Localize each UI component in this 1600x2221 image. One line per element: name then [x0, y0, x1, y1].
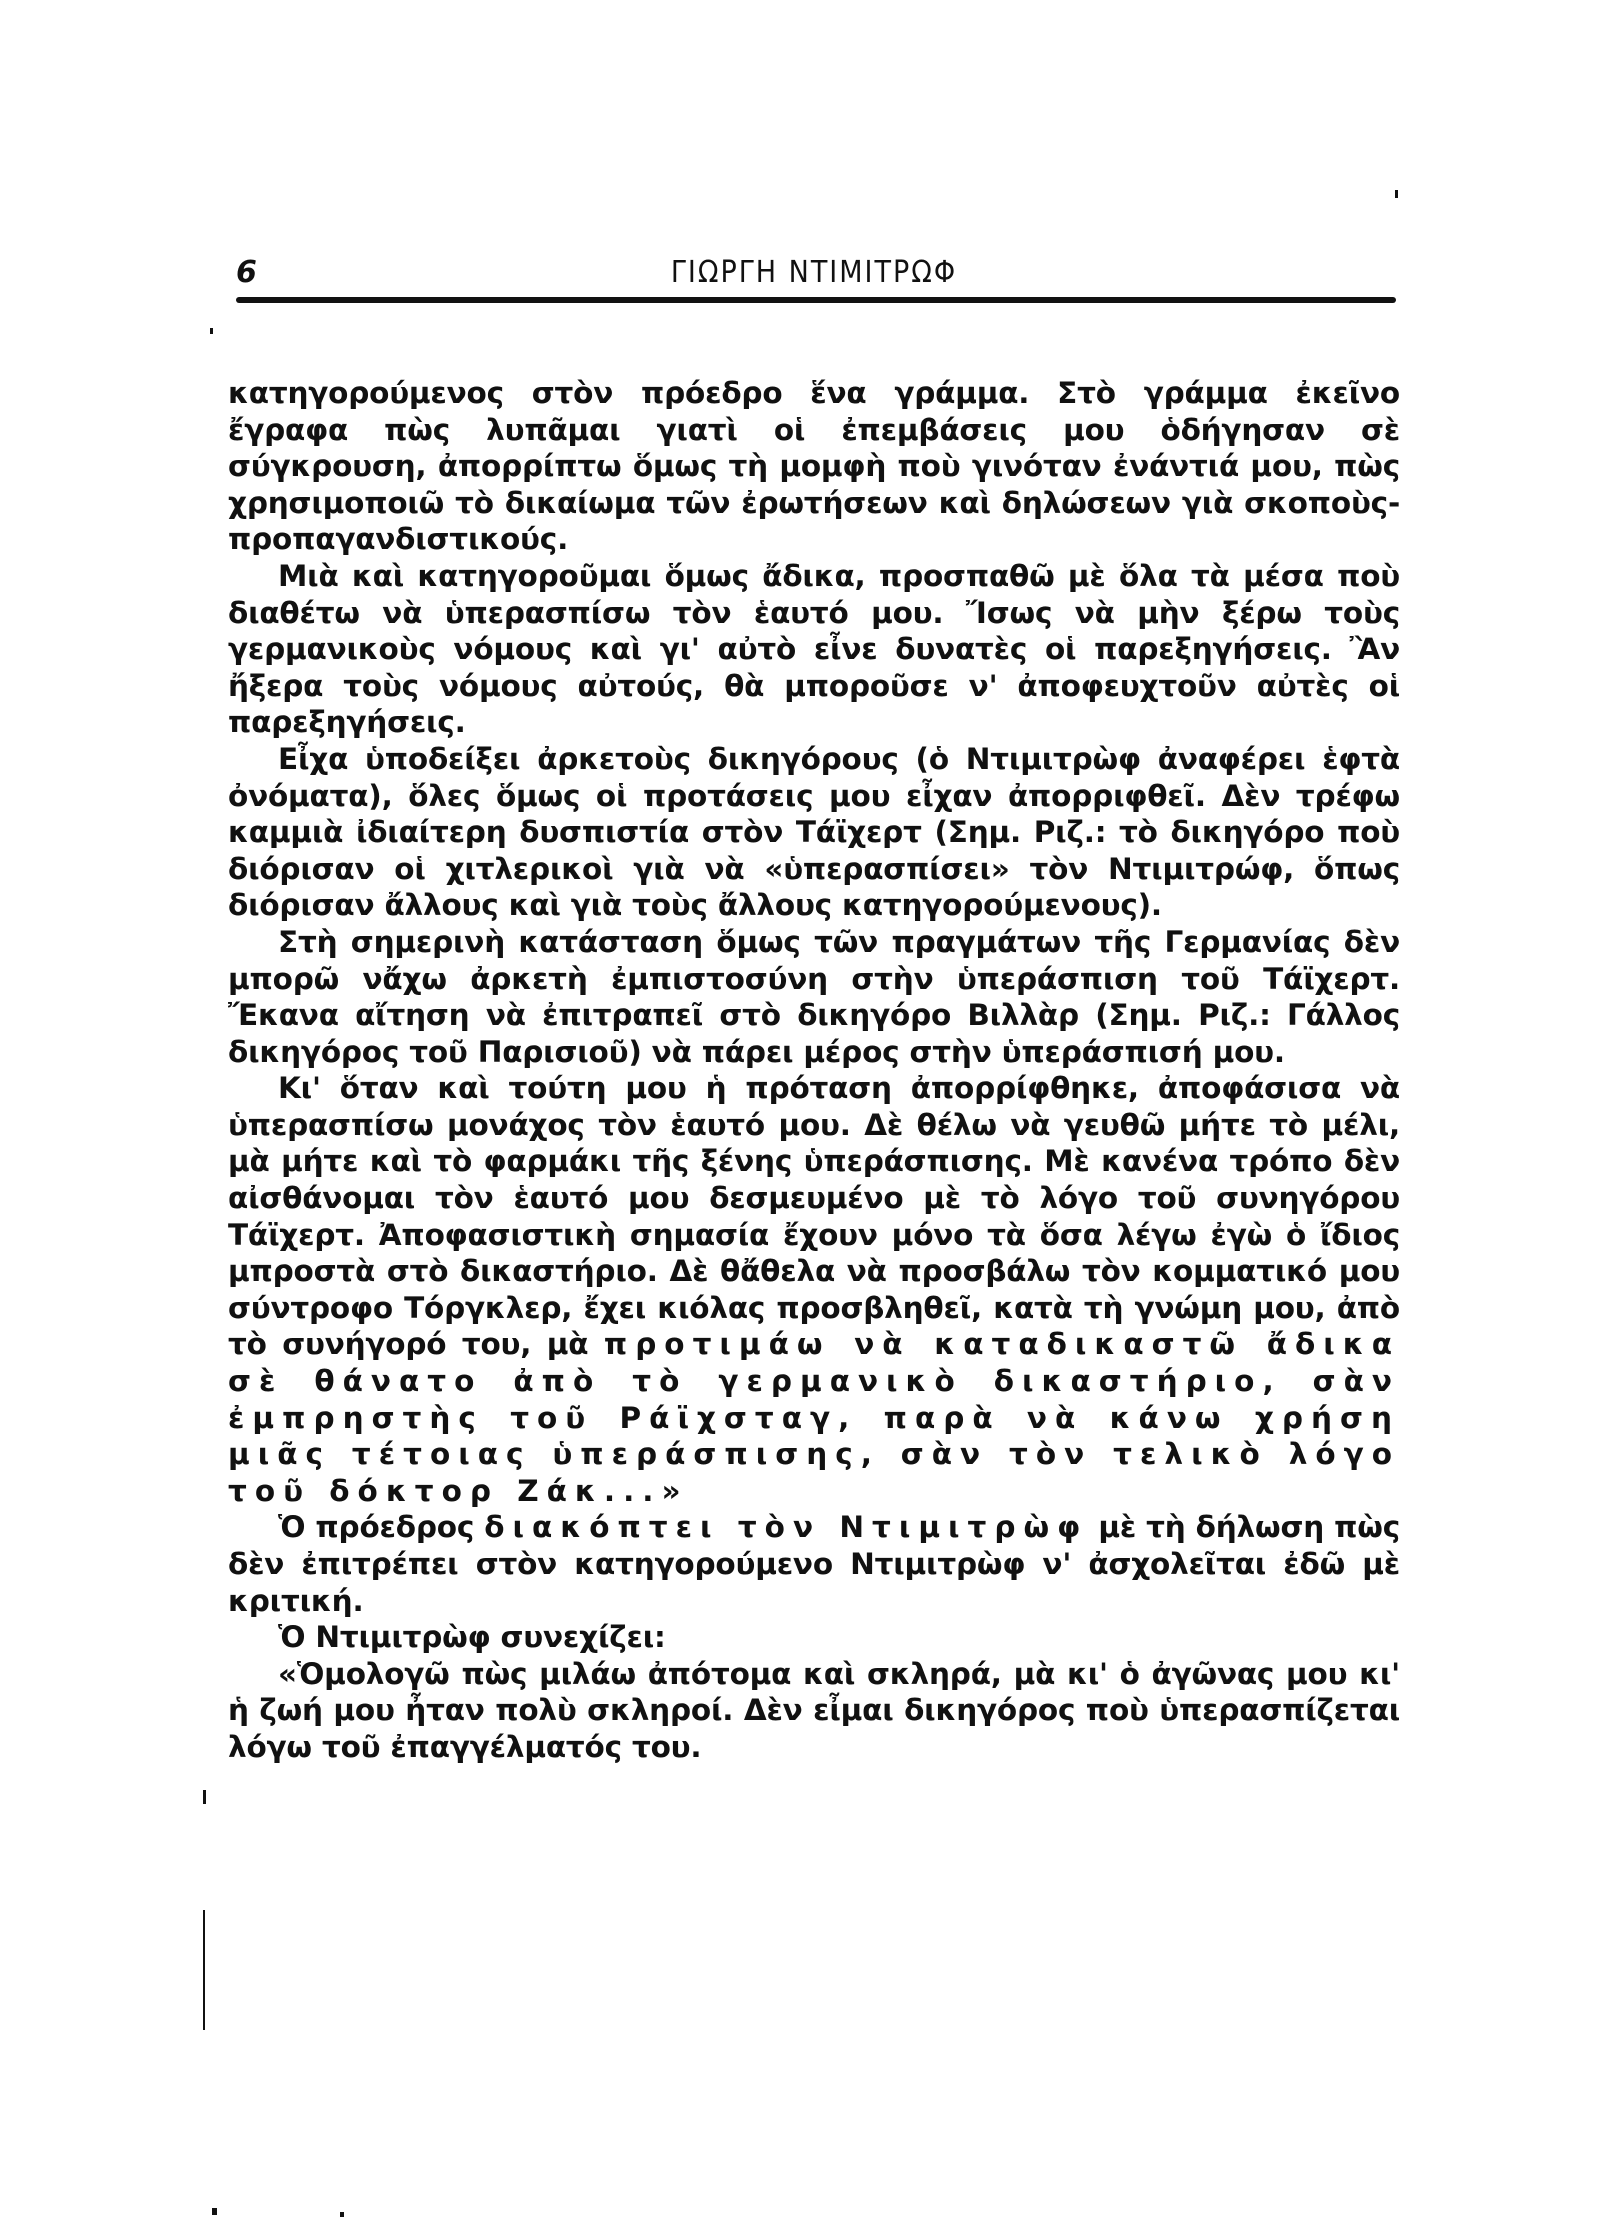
paragraph-text: Ὁ πρόεδρος — [278, 1510, 474, 1544]
scan-speck — [210, 328, 213, 334]
scan-speck — [203, 1910, 205, 2030]
paragraph: Εἶχα ὑποδείξει ἀρκετοὺς δικηγόρους (ὁ Ντ… — [228, 741, 1400, 924]
running-head: 6 ΓΙΩΡΓΗ ΝΤΙΜΙΤΡΩΦ — [228, 255, 1400, 297]
paragraph-text: Κι' ὅταν καὶ τούτη μου ἡ πρόταση ἀπορρίφ… — [228, 1071, 1400, 1361]
spaced-emphasis: διακόπτει τὸν Ντιμιτρὼφ — [484, 1510, 1088, 1544]
body-text: κατηγορούμενος στὸν πρόεδρο ἕνα γράμμα. … — [228, 375, 1400, 1766]
header-rule — [236, 297, 1396, 303]
paragraph: Ὁ Ντιμιτρὼφ συνεχίζει: — [228, 1619, 1400, 1656]
scan-speck — [203, 1790, 206, 1804]
scan-speck — [212, 2208, 217, 2215]
paragraph: «Ὁμολογῶ πὼς μιλάω ἀπότομα καὶ σκληρά, μ… — [228, 1656, 1400, 1766]
paragraph: Ὁ πρόεδρος διακόπτει τὸν Ντιμιτρὼφ μὲ τὴ… — [228, 1509, 1400, 1619]
scan-speck — [1395, 190, 1398, 198]
paragraph: κατηγορούμενος στὸν πρόεδρο ἕνα γράμμα. … — [228, 375, 1400, 558]
scan-speck — [340, 2212, 344, 2217]
paragraph: Μιὰ καὶ κατηγοροῦμαι ὅμως ἄδικα, προσπαθ… — [228, 558, 1400, 741]
running-title: ΓΙΩΡΓΗ ΝΤΙΜΙΤΡΩΦ — [228, 255, 1400, 290]
paragraph: Στὴ σημερινὴ κατάσταση ὅμως τῶν πραγμάτω… — [228, 924, 1400, 1070]
paragraph: Κι' ὅταν καὶ τούτη μου ἡ πρόταση ἀπορρίφ… — [228, 1070, 1400, 1509]
book-page: 6 ΓΙΩΡΓΗ ΝΤΙΜΙΤΡΩΦ κατηγορούμενος στὸν π… — [228, 255, 1400, 1766]
